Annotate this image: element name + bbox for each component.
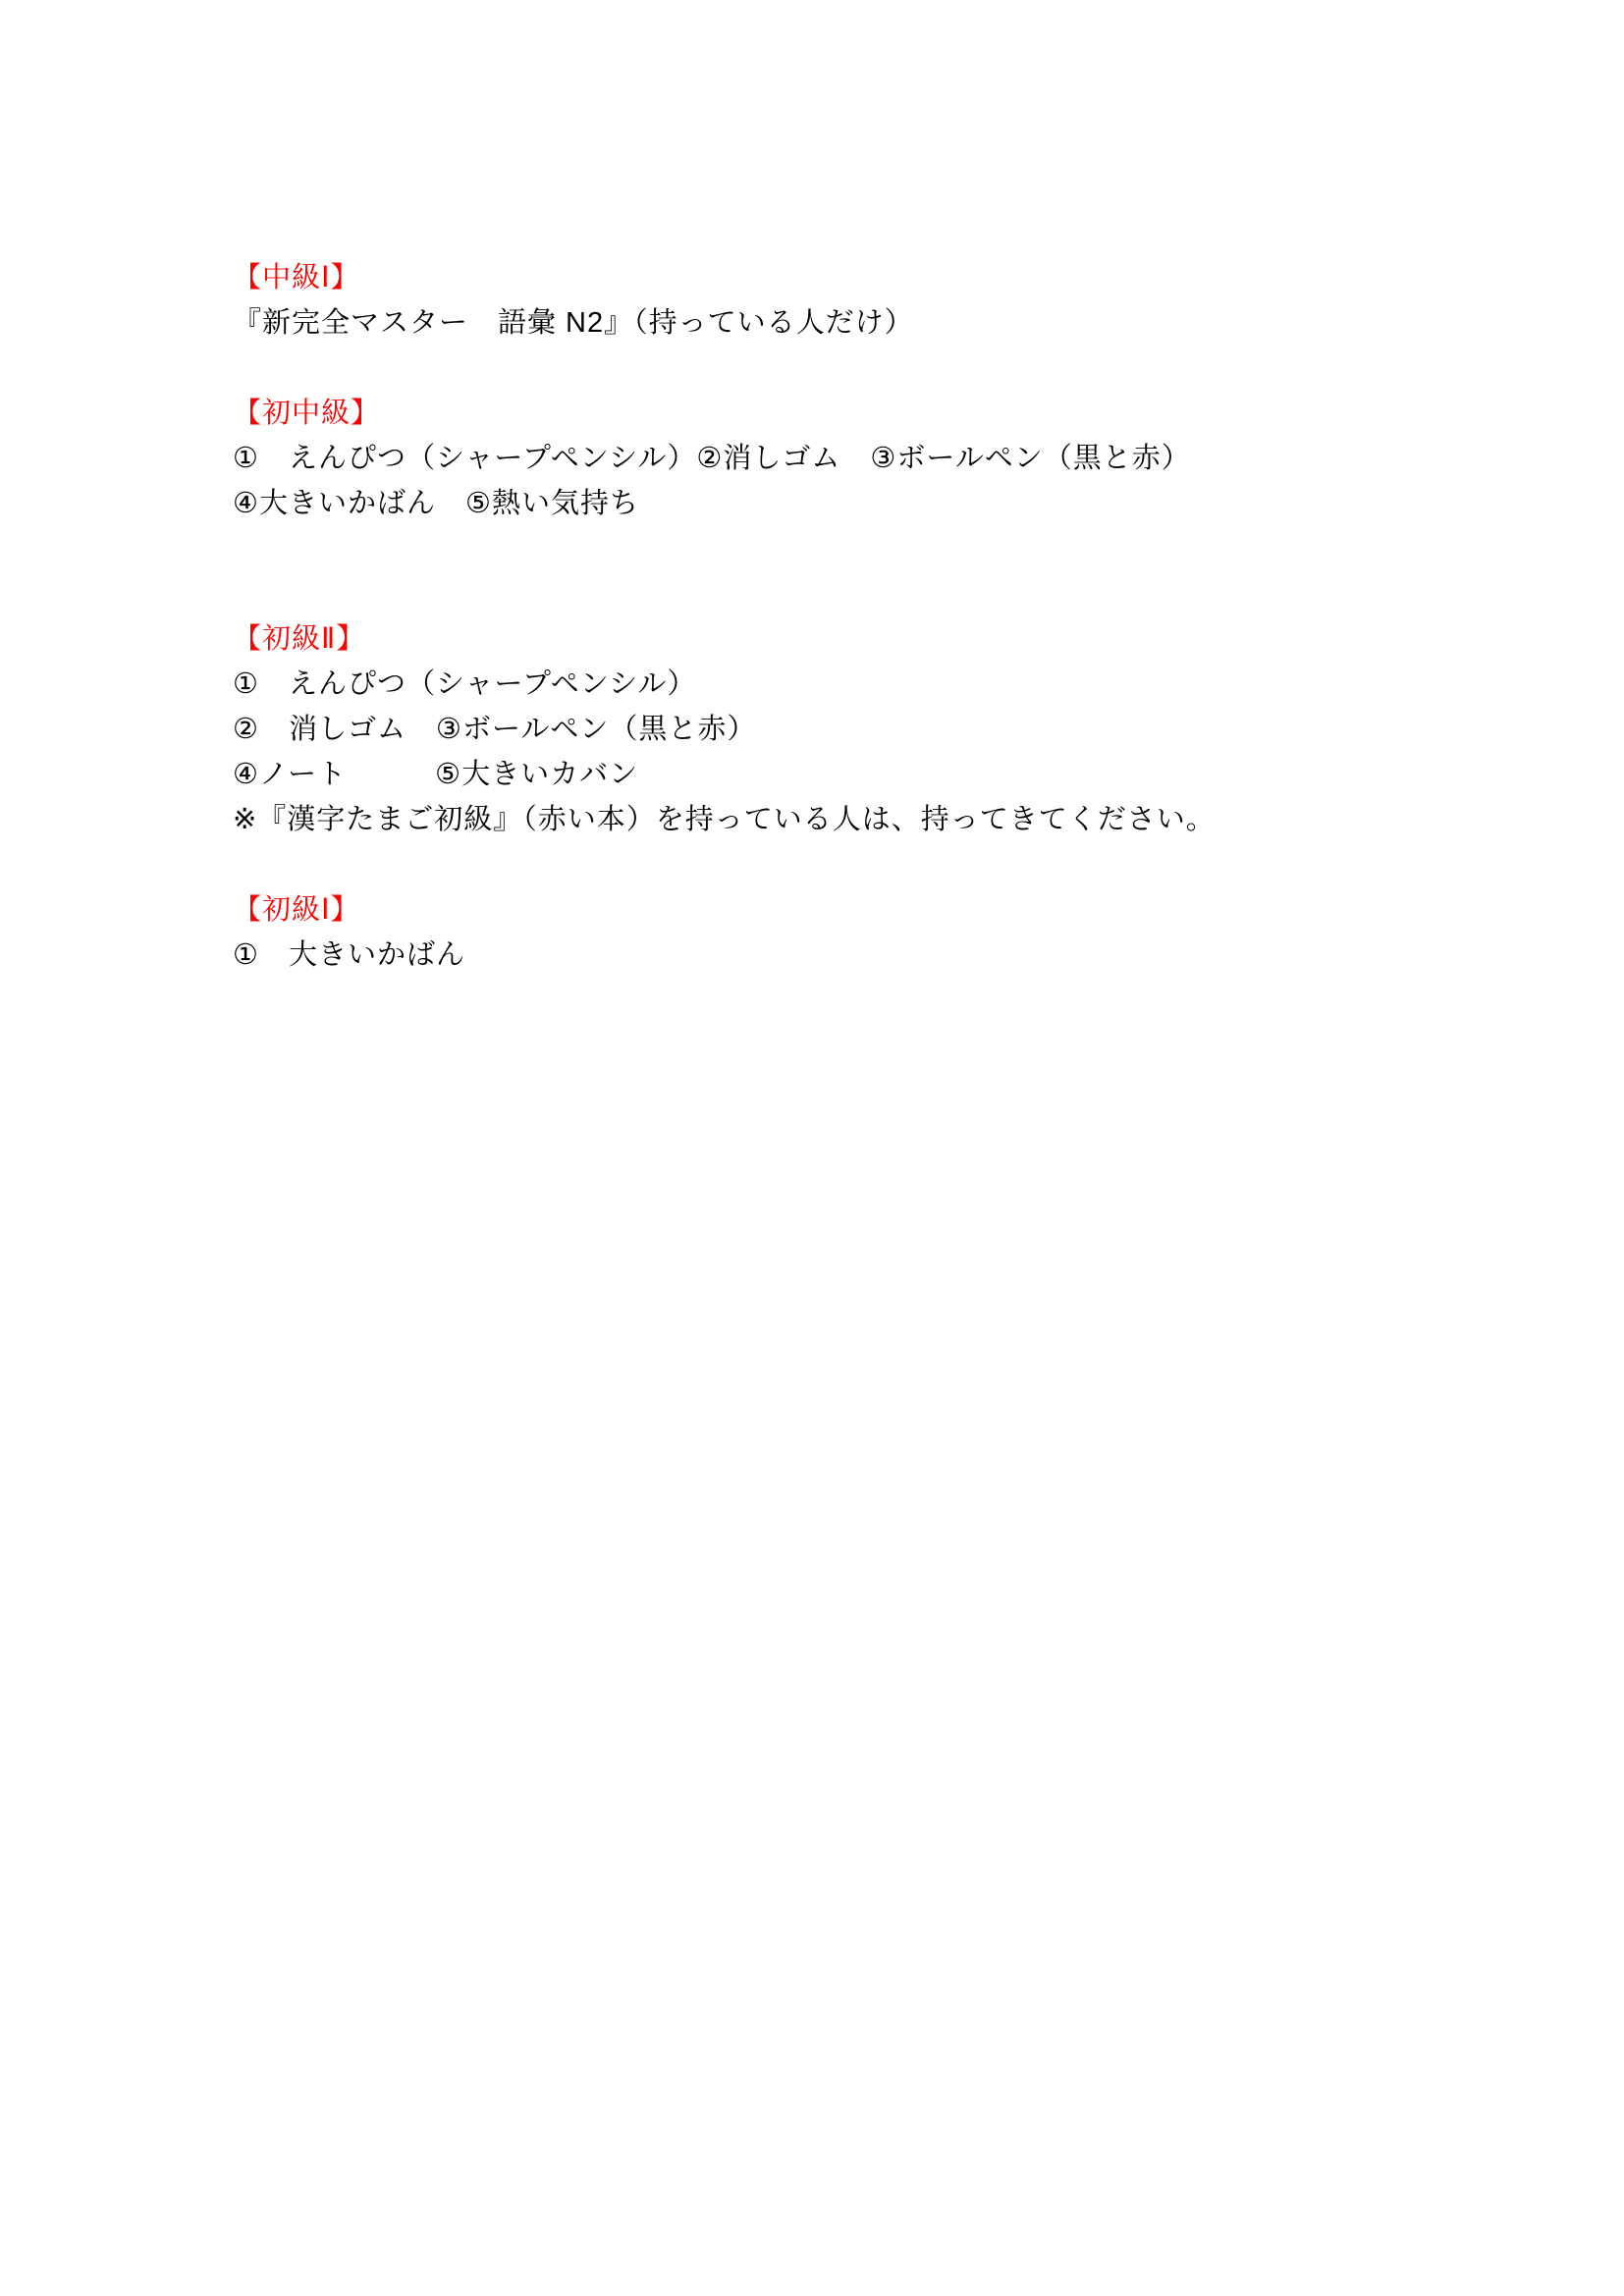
section-heading: 【初級Ⅱ】 bbox=[233, 616, 1506, 662]
section-shochukyu: 【初中級】 ① えんぴつ（シャープペンシル）②消しゴム ③ボールペン（黒と赤） … bbox=[233, 391, 1506, 526]
section-heading: 【中級Ⅰ】 bbox=[233, 255, 1506, 300]
section-shokyu-1: 【初級Ⅰ】 ① 大きいかばん bbox=[233, 887, 1506, 978]
section-line: ※『漢字たまご初級』（赤い本）を持っている人は、持ってきてください。 bbox=[233, 797, 1506, 842]
section-line: ① えんぴつ（シャープペンシル）②消しゴム ③ボールペン（黒と赤） bbox=[233, 436, 1506, 481]
section-line: ① 大きいかばん bbox=[233, 933, 1506, 978]
section-line: ① えんぴつ（シャープペンシル） bbox=[233, 662, 1506, 707]
section-line: ④大きいかばん ⑤熱い気持ち bbox=[233, 481, 1506, 526]
section-heading: 【初級Ⅰ】 bbox=[233, 887, 1506, 933]
document-content: 【中級Ⅰ】 『新完全マスター 語彙 N2』（持っている人だけ） 【初中級】 ① … bbox=[233, 255, 1506, 978]
section-heading: 【初中級】 bbox=[233, 391, 1506, 436]
section-chukyu-1: 【中級Ⅰ】 『新完全マスター 語彙 N2』（持っている人だけ） bbox=[233, 255, 1506, 346]
section-shokyu-2: 【初級Ⅱ】 ① えんぴつ（シャープペンシル） ② 消しゴム ③ボールペン（黒と赤… bbox=[233, 616, 1506, 842]
section-line: ④ノート ⑤大きいカバン bbox=[233, 752, 1506, 797]
section-line: ② 消しゴム ③ボールペン（黒と赤） bbox=[233, 707, 1506, 752]
document-page: 【中級Ⅰ】 『新完全マスター 語彙 N2』（持っている人だけ） 【初中級】 ① … bbox=[0, 0, 1624, 2296]
section-line: 『新完全マスター 語彙 N2』（持っている人だけ） bbox=[233, 300, 1506, 346]
